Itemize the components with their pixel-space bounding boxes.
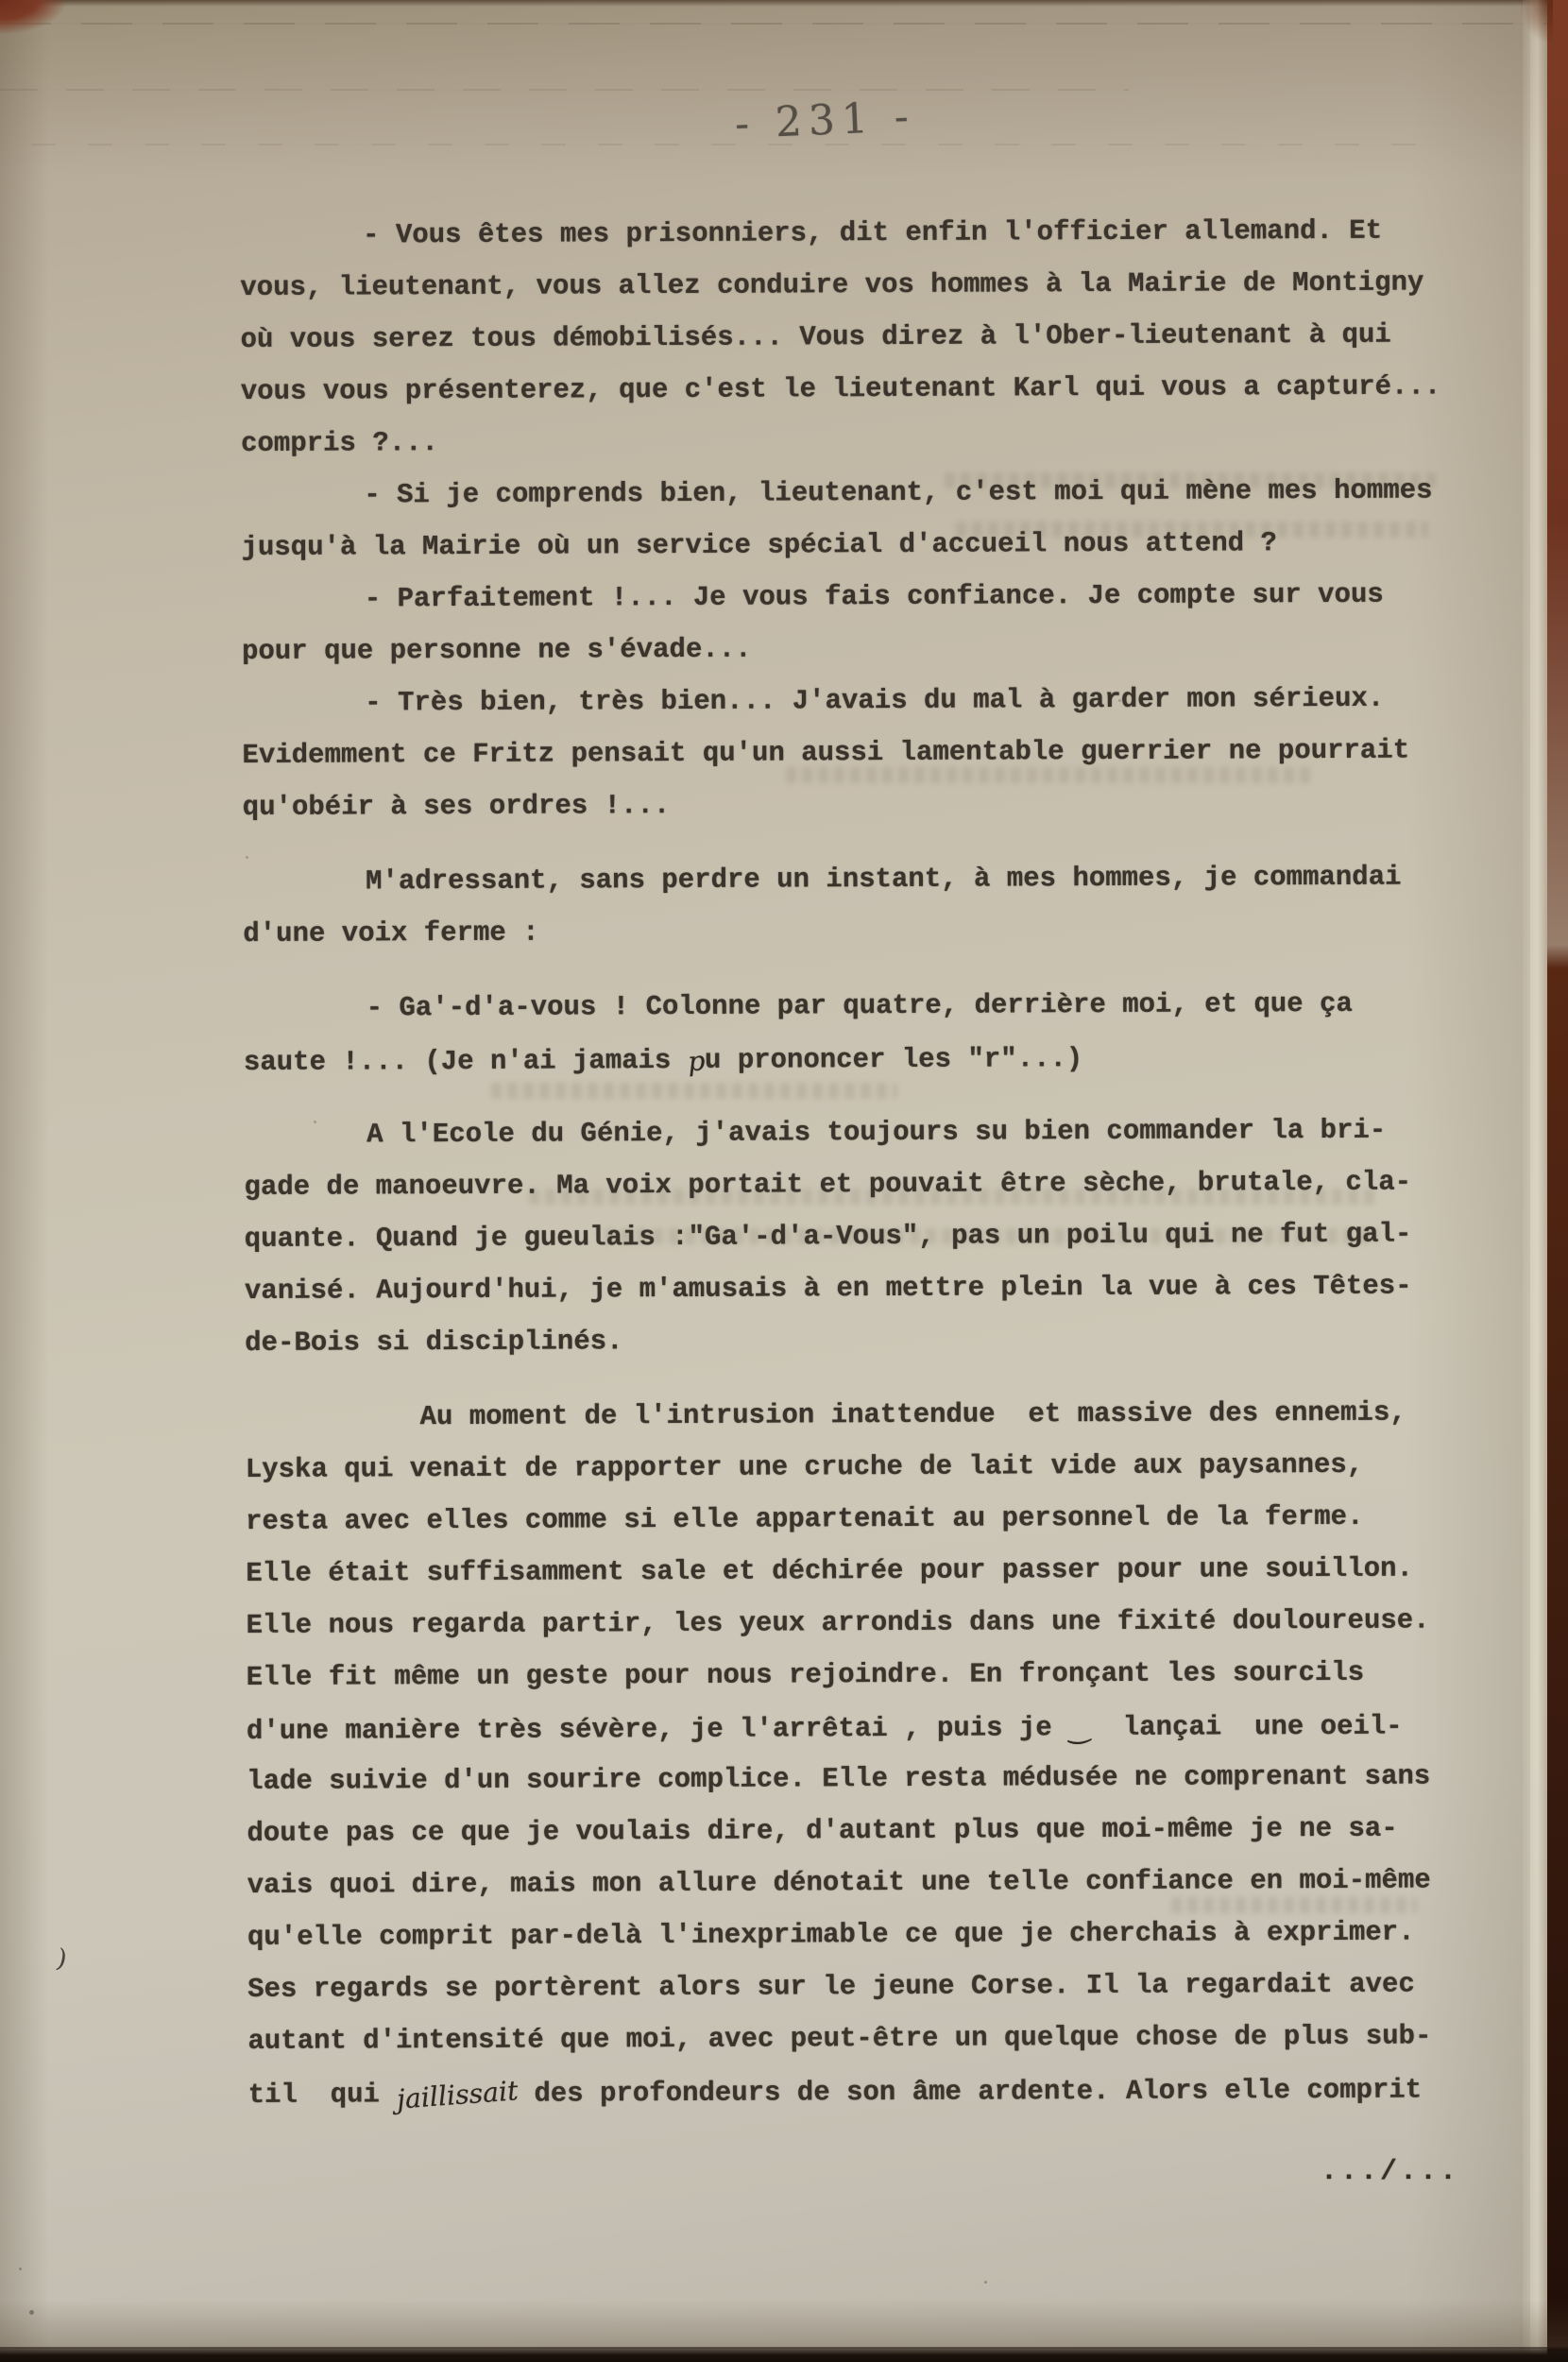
text-line: jusqu'à la Mairie où un service spécial … (241, 516, 1516, 573)
typewritten-text: de-Bois si disciplinés. (245, 1326, 622, 1359)
typewritten-text: compris ?... (241, 427, 438, 459)
text-line: Elle était suffisamment sale et déchirée… (246, 1542, 1521, 1600)
typewritten-text: til qui (248, 2079, 397, 2111)
paragraph: Au moment de l'intrusion inattendue et m… (245, 1386, 1523, 2119)
paper-right-edge (1523, 0, 1547, 2362)
handwritten-correction: jaillissait (395, 2064, 520, 2125)
text-line: til qui jaillissait des profondeurs de s… (248, 2062, 1524, 2119)
typewritten-text: d'une manière très sévère, je l'arrêtai … (247, 1712, 1068, 1747)
text-line: pour que personne ne s'évade... (242, 620, 1517, 677)
typewritten-text: vais quoi dire, mais mon allure dénotait… (247, 1865, 1431, 1901)
paragraph: M'adressant, sans perdre un instant, à m… (243, 850, 1518, 960)
text-line: - Très bien, très bien... J'avais du mal… (242, 672, 1517, 729)
typewritten-text: doute pas ce que je voulais dire, d'auta… (247, 1813, 1397, 1849)
text-line: - Si je comprends bien, lieutenant, c'es… (241, 464, 1516, 522)
text-line: où vous serez tous démobilisés... Vous d… (240, 308, 1515, 366)
text-line: autant d'intensité que moi, avec peut-êt… (247, 2010, 1523, 2067)
text-line: Evidemment ce Fritz pensait qu'un aussi … (242, 724, 1517, 781)
typewritten-text: vanisé. Aujourd'hui, je m'amusais à en m… (245, 1271, 1412, 1307)
typewritten-text: Au moment de l'intrusion inattendue et m… (420, 1397, 1406, 1433)
text-line: qu'obéir à ses ordres !... (243, 776, 1518, 833)
text-line: compris ?... (241, 412, 1516, 470)
typewritten-text: - Vous êtes mes prisonniers, dit enfin l… (363, 215, 1382, 251)
typewritten-text: d'une voix ferme : (243, 917, 538, 950)
typewritten-text: vous vous présenterez, que c'est le lieu… (241, 370, 1441, 407)
typewritten-text: A l'Ecole du Génie, j'avais toujours su … (366, 1115, 1386, 1151)
typewritten-text: lançai une oeil- (1090, 1711, 1403, 1743)
photo-corner-top-left (0, 0, 66, 34)
paragraph: - Parfaitement !... Je vous fais confian… (242, 568, 1517, 677)
typewritten-text: M'adressant, sans perdre un instant, à m… (366, 862, 1402, 898)
typewritten-text: - Si je comprends bien, lieutenant, c'es… (364, 474, 1432, 510)
text-line: doute pas ce que je voulais dire, d'auta… (247, 1802, 1522, 1859)
text-line: qu'elle comprit par-delà l'inexprimable … (247, 1906, 1523, 1963)
text-line: vais quoi dire, mais mon allure dénotait… (247, 1854, 1523, 1911)
text-line: gade de manoeuvre. Ma voix portait et po… (244, 1155, 1519, 1213)
typewritten-text: pour que personne ne s'évade... (242, 634, 752, 667)
typewritten-text: qu'elle comprit par-delà l'inexprimable … (247, 1917, 1415, 1953)
paper-specks (0, 0, 3, 3)
text-line: M'adressant, sans perdre un instant, à m… (243, 850, 1518, 908)
text-line: - Ga'-d'a-vous ! Colonne par quatre, der… (244, 977, 1519, 1035)
text-line: Ses regards se portèrent alors sur le je… (247, 1958, 1523, 2015)
typewritten-text-block: - Vous êtes mes prisonniers, dit enfin l… (240, 204, 1524, 2119)
paragraph: - Ga'-d'a-vous ! Colonne par quatre, der… (244, 977, 1519, 1087)
handwritten-correction: p (686, 1035, 707, 1087)
bottom-shadow (0, 2300, 1568, 2349)
margin-mark: ) (54, 1943, 70, 1975)
photo-top-border (0, 0, 1568, 7)
text-line: saute !... (Je n'ai jamais pu prononcer … (244, 1029, 1519, 1087)
text-line: d'une manière très sévère, je l'arrêtai … (247, 1698, 1522, 1755)
text-line: d'une voix ferme : (243, 902, 1518, 960)
page-stack-edge-line (0, 23, 1568, 25)
text-line: vous, lieutenant, vous allez conduire vo… (240, 256, 1515, 314)
text-line: Elle nous regarda partir, les yeux arron… (246, 1594, 1521, 1652)
book-cover-bottom-edge (0, 2347, 1568, 2362)
paragraph: A l'Ecole du Génie, j'avais toujours su … (244, 1104, 1520, 1369)
typewritten-text: quante. Quand je gueulais :"Ga'-d'a-Vous… (245, 1219, 1412, 1255)
paragraph: - Très bien, très bien... J'avais du mal… (242, 672, 1518, 833)
continuation-mark: .../... (1321, 2156, 1459, 2188)
text-line: Lyska qui venait de rapporter une cruche… (246, 1438, 1521, 1496)
typewritten-text: - Parfaitement !... Je vous fais confian… (365, 579, 1384, 615)
text-line: vous vous présenterez, que c'est le lieu… (241, 360, 1516, 418)
photo-corner-top-right (1521, 0, 1553, 42)
typewritten-text: vous, lieutenant, vous allez conduire vo… (240, 267, 1423, 303)
text-line: - Parfaitement !... Je vous fais confian… (242, 568, 1517, 625)
typewritten-text: u prononcer les "r"...) (705, 1043, 1082, 1076)
text-line: vanisé. Aujourd'hui, je m'amusais à en m… (245, 1259, 1520, 1317)
text-line: resta avec elles comme si elle appartena… (246, 1490, 1521, 1548)
typewritten-text: Elle nous regarda partir, les yeux arron… (246, 1605, 1429, 1641)
text-line: - Vous êtes mes prisonniers, dit enfin l… (240, 204, 1515, 262)
typewritten-text: jusqu'à la Mairie où un service spécial … (241, 527, 1277, 563)
typewritten-text: gade de manoeuvre. Ma voix portait et po… (244, 1167, 1411, 1203)
typewritten-text: Lyska qui venait de rapporter une cruche… (246, 1449, 1364, 1485)
page-stack-edge-line (0, 89, 1129, 91)
paragraph: - Si je comprends bien, lieutenant, c'es… (241, 464, 1516, 573)
paragraph: - Vous êtes mes prisonniers, dit enfin l… (240, 204, 1516, 470)
typewritten-text: Elle était suffisamment sale et déchirée… (246, 1553, 1413, 1589)
text-line: quante. Quand je gueulais :"Ga'-d'a-Vous… (245, 1207, 1520, 1265)
typewritten-text: des profondeurs de son âme ardente. Alor… (518, 2075, 1422, 2110)
typewritten-text: - Ga'-d'a-vous ! Colonne par quatre, der… (366, 988, 1353, 1024)
text-line: Au moment de l'intrusion inattendue et m… (245, 1386, 1520, 1444)
book-cover-right-edge (1547, 0, 1568, 2362)
text-line: A l'Ecole du Génie, j'avais toujours su … (244, 1104, 1519, 1161)
page-number: - 231 - (734, 93, 916, 148)
typewritten-text: Elle fit même un geste pour nous rejoind… (247, 1657, 1365, 1693)
text-line: Elle fit même un geste pour nous rejoind… (247, 1646, 1522, 1703)
typewritten-text: où vous serez tous démobilisés... Vous d… (241, 319, 1391, 355)
text-line: de-Bois si disciplinés. (245, 1311, 1520, 1369)
left-edge-shadow (0, 0, 49, 2362)
text-line: lade suivie d'un sourire complice. Elle … (247, 1750, 1522, 1807)
typewritten-text: lade suivie d'un sourire complice. Elle … (247, 1761, 1430, 1797)
typewritten-text: - Très bien, très bien... J'avais du mal… (365, 683, 1384, 719)
typewritten-text: autant d'intensité que moi, avec peut-êt… (247, 2021, 1431, 2057)
typewritten-text: qu'obéir à ses ordres !... (243, 790, 671, 823)
typewritten-text: saute !... (Je n'ai jamais (244, 1045, 688, 1078)
typewritten-text: Ses regards se portèrent alors sur le je… (247, 1969, 1415, 2005)
typewritten-text: resta avec elles comme si elle appartena… (246, 1501, 1364, 1537)
typewritten-text: Evidemment ce Fritz pensait qu'un aussi … (242, 735, 1409, 771)
handwritten-correction: ‿ (1066, 1702, 1092, 1755)
